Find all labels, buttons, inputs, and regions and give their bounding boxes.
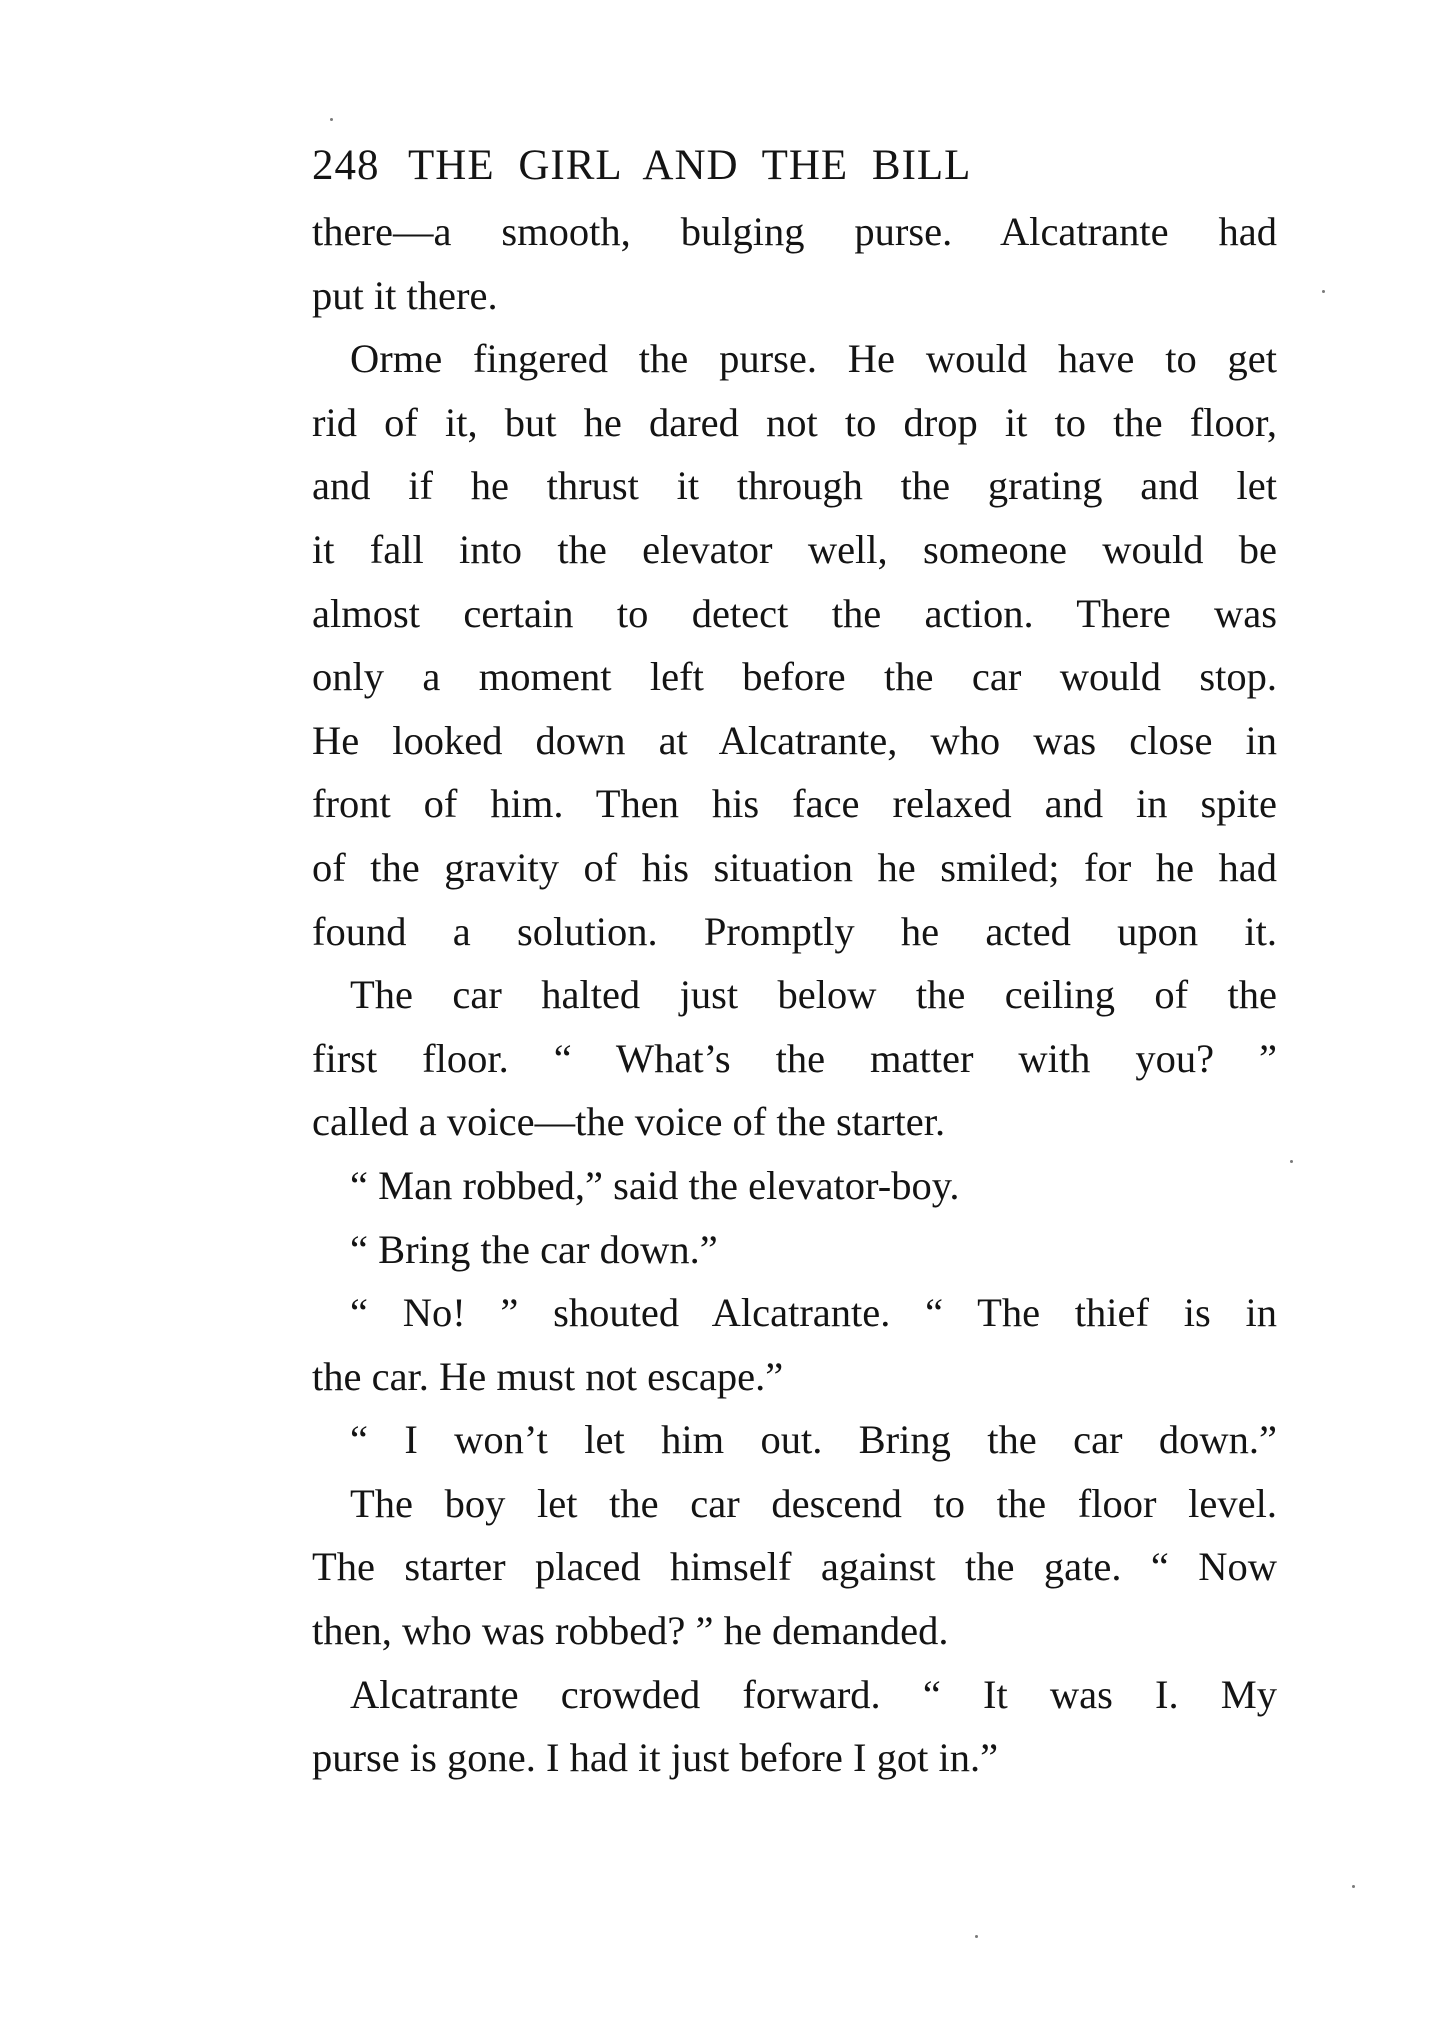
text-line: “ Man robbed,” said the elevator-boy. (312, 1154, 1277, 1218)
text-line: found a solution. Promptly he acted upon… (312, 900, 1277, 964)
text-line: The starter placed himself against the g… (312, 1535, 1277, 1599)
text-line: “ Bring the car down.” (312, 1218, 1277, 1282)
running-head: 248 THE GIRL AND THE BILL (312, 140, 1277, 192)
text-line: only a moment left before the car would … (312, 645, 1277, 709)
running-title: THE GIRL AND THE BILL (408, 140, 971, 192)
text-line: He looked down at Alcatrante, who was cl… (312, 709, 1277, 773)
scan-speck (1290, 1160, 1293, 1163)
text-line: front of him. Then his face relaxed and … (312, 772, 1277, 836)
scan-speck (1322, 290, 1325, 293)
text-line: The car halted just below the ceiling of… (312, 963, 1277, 1027)
text-line: rid of it, but he dared not to drop it t… (312, 391, 1277, 455)
text-line: The boy let the car descend to the floor… (312, 1472, 1277, 1536)
text-line: it fall into the elevator well, someone … (312, 518, 1277, 582)
scan-speck (330, 118, 333, 121)
text-line: then, who was robbed? ” he demanded. (312, 1599, 1277, 1663)
scan-speck (975, 1935, 978, 1938)
page-number: 248 (312, 140, 408, 192)
text-line: Orme fingered the purse. He would have t… (312, 327, 1277, 391)
text-line: Alcatrante crowded forward. “ It was I. … (312, 1663, 1277, 1727)
text-line: almost certain to detect the action. The… (312, 582, 1277, 646)
text-line: put it there. (312, 264, 1277, 328)
text-line: “ No! ” shouted Alcatrante. “ The thief … (312, 1281, 1277, 1345)
text-line: and if he thrust it through the grating … (312, 454, 1277, 518)
text-line: the car. He must not escape.” (312, 1345, 1277, 1409)
text-line: called a voice—the voice of the starter. (312, 1090, 1277, 1154)
text-line: there—a smooth, bulging purse. Alcatrant… (312, 200, 1277, 264)
book-page: 248 THE GIRL AND THE BILL there—a smooth… (312, 140, 1277, 1790)
text-line: purse is gone. I had it just before I go… (312, 1726, 1277, 1790)
text-line: first floor. “ What’s the matter with yo… (312, 1027, 1277, 1091)
body-text: there—a smooth, bulging purse. Alcatrant… (312, 200, 1277, 1790)
scan-speck (1352, 1885, 1355, 1888)
text-line: “ I won’t let him out. Bring the car dow… (312, 1408, 1277, 1472)
text-line: of the gravity of his situation he smile… (312, 836, 1277, 900)
